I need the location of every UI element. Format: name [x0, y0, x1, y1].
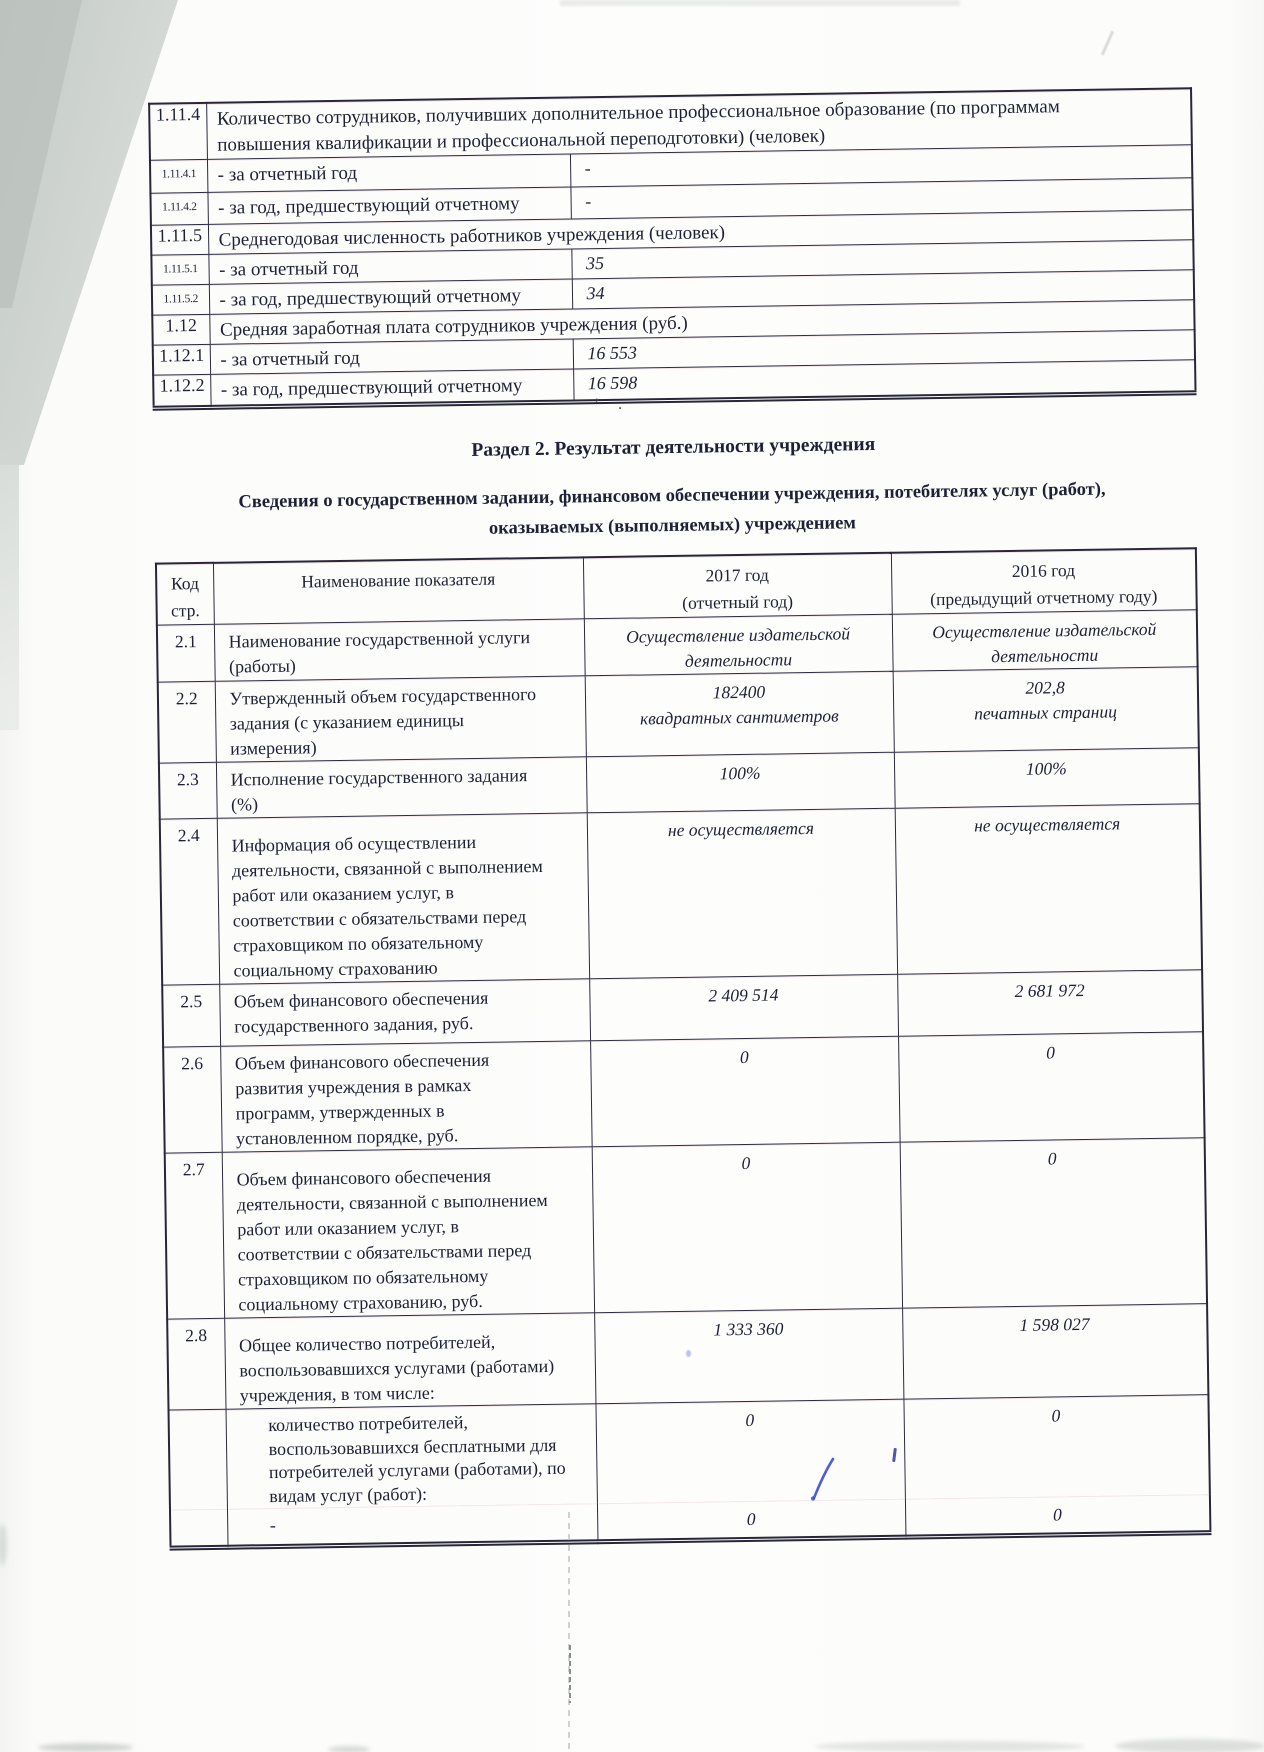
header-line: (отчетный год) [584, 587, 891, 619]
row-code: 2.6 [163, 1046, 222, 1153]
value-2017: 1 333 360 [594, 1308, 903, 1404]
document-content: 1.11.4 Количество сотрудников, получивши… [130, 79, 1231, 1550]
header-2017: 2017 год (отчетный год) [583, 553, 892, 619]
header-name: Наименование показателя [213, 557, 584, 624]
row-code: 1.12 [152, 314, 209, 345]
row-code: 1.11.5.1 [151, 254, 208, 285]
value-2017: 0 [597, 1499, 906, 1542]
row-label: Объем финансового обеспечения государств… [219, 979, 590, 1046]
value-line: деятельности [585, 646, 892, 676]
row-code: 2.8 [167, 1318, 225, 1410]
table-row: 2.7 Объем финансового обеспечения деятел… [165, 1138, 1207, 1319]
row-code: 2.7 [165, 1152, 224, 1319]
value-2017: 0 [590, 1036, 900, 1147]
header-line: (предыдущий отчетному году) [892, 582, 1196, 613]
row-label: - за год, предшествующий отчетному [210, 369, 573, 407]
label-line: Утвержденный объем государственного [229, 681, 576, 711]
header-2016: 2016 год (предыдущий отчетному году) [891, 548, 1197, 614]
row-code: 1.12.1 [153, 344, 210, 375]
row-label: Информация об осуществлении деятельности… [217, 813, 589, 984]
value-line: квадратных сантиметров [586, 703, 893, 733]
label-line: деятельности, связанной с выполнением [232, 853, 579, 883]
row-code: 2.2 [158, 681, 216, 763]
row-code: 1.11.4 [149, 103, 207, 160]
value-line: печатных страниц [894, 698, 1198, 727]
row-label: Утвержденный объем государственного зада… [215, 676, 586, 762]
value-2016: 202,8 печатных страниц [893, 667, 1199, 753]
label-line: (работы) [229, 649, 576, 679]
scan-bottom-smudge [38, 1743, 133, 1752]
row-code: 1.12.2 [153, 374, 210, 408]
table-row: 2.2 Утвержденный объем государственного … [158, 667, 1199, 763]
section-subtitle: Сведения о государственном задании, фина… [112, 473, 1233, 550]
section-title: Раздел 2. Результат деятельности учрежде… [153, 429, 1193, 466]
row-code: 1.11.5 [151, 224, 208, 255]
value-2017: 0 [592, 1142, 902, 1313]
row-code: 2.5 [162, 984, 220, 1047]
value-2016: не осуществляется [895, 804, 1202, 975]
section1-table: 1.11.4 Количество сотрудников, получивши… [148, 87, 1196, 410]
scan-edge-smudge [0, 1524, 7, 1566]
scan-top-smudge [560, 0, 960, 6]
header-line: Код [157, 570, 213, 598]
row-label: Наименование государственной услуги (раб… [214, 619, 585, 681]
value-2016: 1 598 027 [902, 1304, 1208, 1400]
value-line: Осуществление издательской [892, 616, 1196, 645]
row-label: Объем финансового обеспечения развития у… [220, 1041, 592, 1152]
value-2016: 100% [894, 748, 1200, 809]
section2-table: Код стр. Наименование показателя 2017 го… [155, 547, 1212, 1550]
row-label: Объем финансового обеспечения деятельнос… [222, 1147, 594, 1318]
row-label: Общее количество потребителей, воспользо… [224, 1313, 595, 1409]
label-line: государственного задания, руб. [234, 1009, 581, 1039]
pen-check-mark [808, 1456, 838, 1502]
value-2017: 100% [586, 752, 895, 813]
row-code [170, 1509, 228, 1548]
value-line: деятельности [893, 641, 1197, 670]
table-row: количество потребителей, воспользовавших… [169, 1395, 1210, 1510]
row-label: количество потребителей, воспользовавших… [226, 1404, 597, 1509]
value-2016: Осуществление издательской деятельности [892, 610, 1198, 672]
header-line: стр. [157, 597, 213, 625]
scan-bottom-smudge [328, 1746, 370, 1752]
value-2017: 182400 квадратных сантиметров [585, 671, 894, 757]
value-2017: 2 409 514 [589, 974, 898, 1041]
scan-edge-shadow [0, 430, 19, 730]
label-line: Наименование государственной услуги [228, 624, 575, 654]
value-2017: 0 [595, 1399, 904, 1503]
label-line: деятельности, связанной с выполнением [237, 1187, 584, 1217]
scanned-document-page: 1.11.4 Количество сотрудников, получивши… [0, 0, 1264, 1752]
value-2016: 2 681 972 [897, 970, 1203, 1037]
row-code: 2.4 [160, 818, 219, 985]
value-2016: 0 [898, 1032, 1205, 1143]
pen-speck [686, 1350, 691, 1357]
row-label: - за год, предшествующий отчетному [207, 187, 570, 224]
row-code: 1.11.4.1 [150, 159, 207, 193]
value-2017: Осуществление издательской деятельности [584, 614, 893, 676]
scan-crease-line-dark [569, 1645, 571, 1703]
value-2016: 0 [900, 1138, 1207, 1309]
scan-crease-line [568, 1512, 570, 1750]
row-code [169, 1409, 227, 1509]
scan-bottom-smudge [815, 1741, 1085, 1752]
row-label: Исполнение государственного задания (%) [216, 757, 587, 818]
label-line: потребителей услугами (работами), по [269, 1456, 588, 1484]
row-label: - [227, 1503, 598, 1546]
scan-bottom-smudge [1115, 1739, 1264, 1752]
row-code: 2.1 [157, 624, 215, 682]
label-line: Исполнение государственного задания [230, 762, 577, 792]
value-2016: 0 [905, 1494, 1211, 1537]
table-row: 2.6 Объем финансового обеспечения развит… [163, 1032, 1204, 1153]
scan-pencil-mark [1101, 31, 1114, 56]
value-2017: не осуществляется [587, 808, 897, 979]
row-code: 1.11.4.2 [150, 192, 207, 225]
value-2016: 0 [903, 1395, 1209, 1499]
value-line: Осуществление издательской [584, 621, 891, 651]
table-row: 2.4 Информация об осуществлении деятельн… [160, 804, 1202, 985]
row-label: - за отчетный год [207, 154, 570, 192]
scan-stray-mark: ’ . [594, 396, 630, 414]
row-code: 2.3 [159, 762, 217, 819]
row-label: - за год, предшествующий отчетному [209, 279, 572, 314]
header-code: Код стр. [156, 563, 214, 625]
label-line: воспользовавшихся услугами (работами) [239, 1353, 586, 1383]
row-code: 1.11.5.2 [152, 284, 209, 315]
